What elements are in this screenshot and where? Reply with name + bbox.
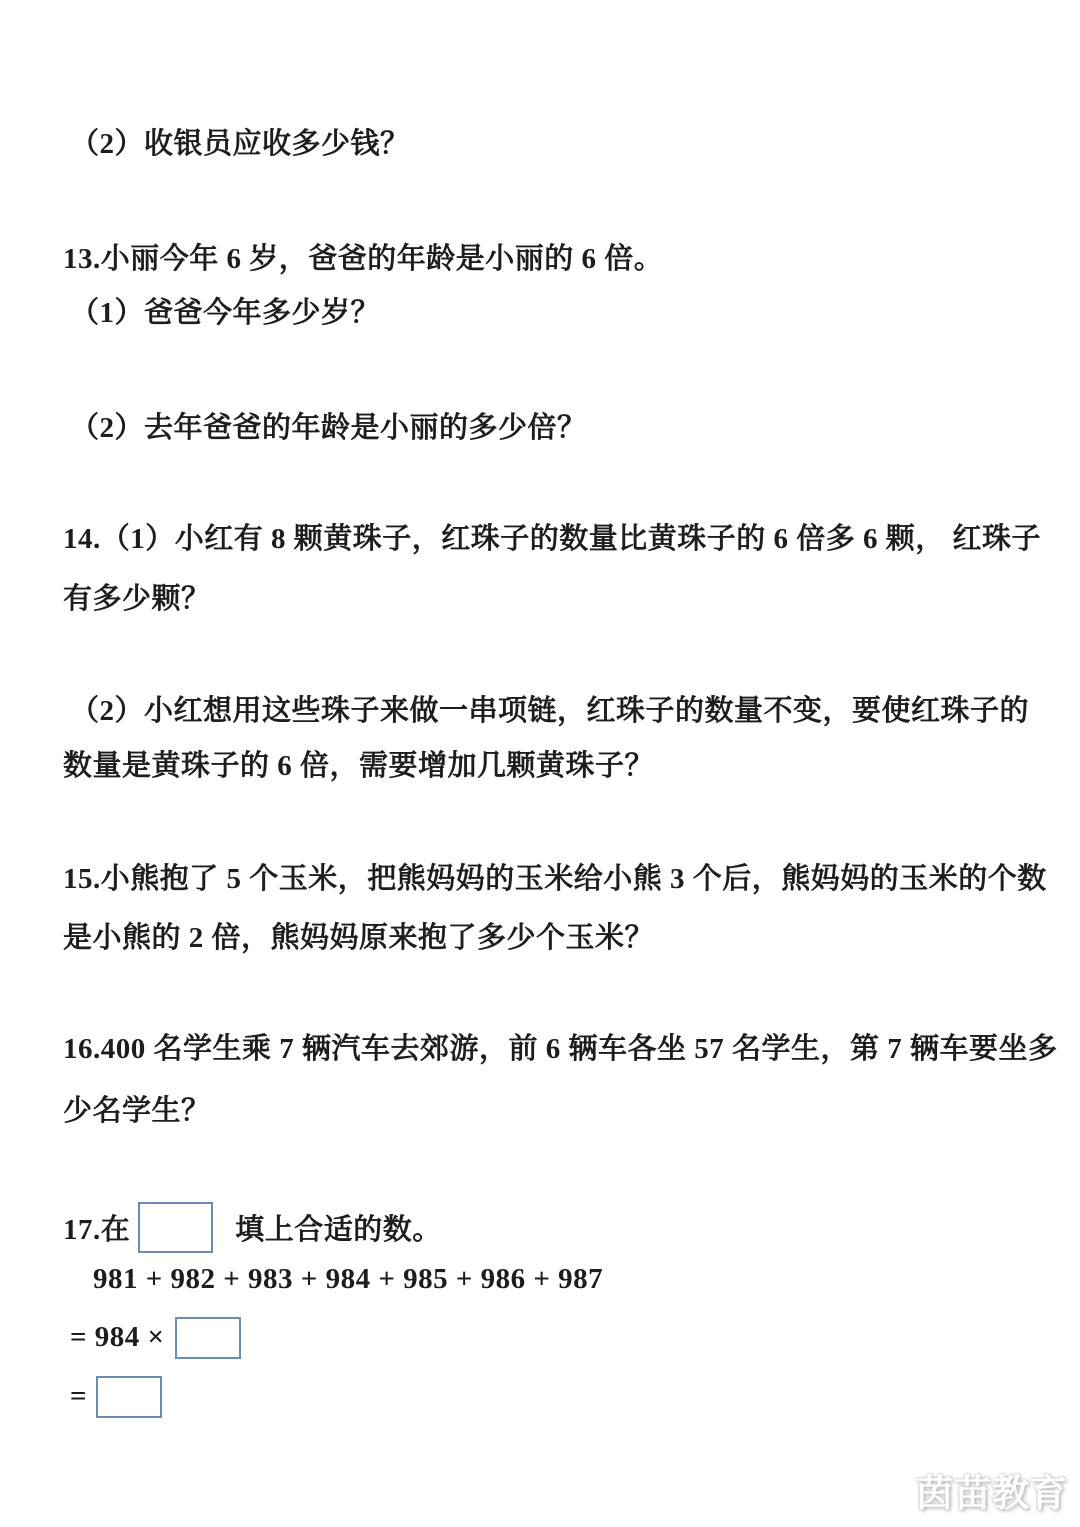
problem-17-suffix: 填上合适的数。 (235, 1207, 442, 1248)
problem-13-intro: 13.小丽今年 6 岁，爸爸的年龄是小丽的 6 倍。 (63, 242, 663, 277)
problem-16-line-1: 16.400 名学生乘 7 辆汽车去郊游，前 6 辆车各坐 57 名学生，第 7… (63, 1032, 1058, 1067)
problem-17-step-2: = (70, 1375, 162, 1418)
problem-17-sum-expression: 981 + 982 + 983 + 984 + 985 + 986 + 987 (93, 1262, 603, 1297)
problem-12-question-2: （2）收银员应收多少钱？ (70, 127, 410, 162)
step-1-expression: = 984 × (70, 1321, 165, 1354)
answer-box-blank (138, 1202, 213, 1253)
problem-13-question-2: （2）去年爸爸的年龄是小丽的多少倍？ (70, 411, 587, 446)
problem-14-question-1-line-2: 有多少颗？ (63, 582, 211, 617)
problem-17-step-1: = 984 × (70, 1316, 241, 1359)
problem-16-line-2: 少名学生？ (63, 1094, 211, 1129)
problem-17-header: 17.在 填上合适的数。 (63, 1201, 442, 1253)
problem-14-question-1-line-1: 14.（1）小红有 8 颗黄珠子，红珠子的数量比黄珠子的 6 倍多 6 颗， 红… (63, 522, 1041, 557)
problem-13-question-1: （1）爸爸今年多少岁？ (70, 296, 380, 331)
answer-box-result (96, 1376, 162, 1418)
problem-17-prefix: 17.在 (63, 1207, 130, 1248)
problem-14-question-2-line-1: （2）小红想用这些珠子来做一串项链，红珠子的数量不变，要使红珠子的 (70, 694, 1029, 729)
worksheet-page: （2）收银员应收多少钱？ 13.小丽今年 6 岁，爸爸的年龄是小丽的 6 倍。 … (0, 0, 1080, 1527)
answer-box-multiplier (175, 1317, 241, 1359)
problem-15-line-1: 15.小熊抱了 5 个玉米，把熊妈妈的玉米给小熊 3 个后，熊妈妈的玉米的个数 (63, 862, 1047, 897)
watermark: 茵苗教育 (916, 1463, 1068, 1517)
step-2-equals: = (70, 1380, 87, 1413)
problem-15-line-2: 是小熊的 2 倍，熊妈妈原来抱了多少个玉米？ (63, 921, 654, 956)
problem-14-question-2-line-2: 数量是黄珠子的 6 倍，需要增加几颗黄珠子？ (63, 749, 654, 784)
